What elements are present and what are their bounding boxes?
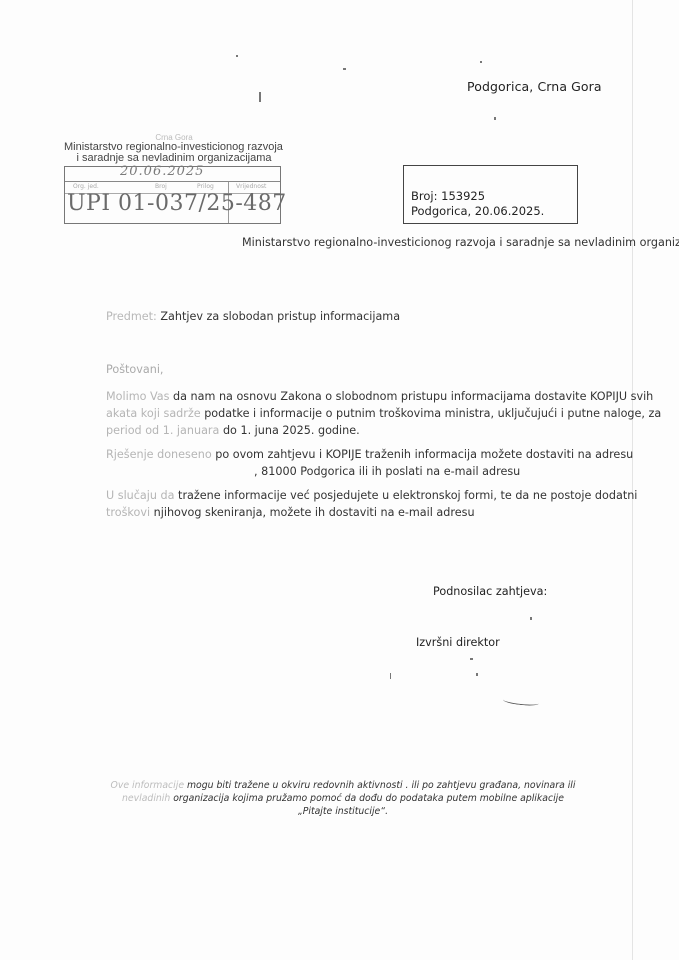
- stamp-col-label: Org. jed.: [73, 183, 99, 190]
- text-fragment: Rješenje doneseno: [106, 448, 212, 461]
- scan-edge-line: [632, 0, 633, 960]
- registry-stamp: Crna Gora Ministarstvo regionalno-invest…: [63, 133, 285, 164]
- text-fragment: nevladinih: [122, 793, 170, 804]
- text-fragment: Ove informacije: [111, 780, 185, 791]
- text-fragment: U slučaju da: [106, 489, 175, 502]
- scan-speck: [259, 92, 261, 102]
- stamp-col-label: Vrijednost: [236, 183, 266, 190]
- text-fragment: do 1. juna 2025. godine.: [219, 424, 359, 437]
- scan-speck: [470, 658, 473, 660]
- text-fragment: podatke i informacije o putnim troškovim…: [201, 407, 662, 420]
- text-fragment: akata koji sadrže: [106, 407, 201, 420]
- stamp-date-row: 20.06.2025: [65, 167, 280, 182]
- scan-speck: [476, 673, 478, 676]
- text-fragment: tražene informacije već posjedujete u el…: [175, 489, 638, 502]
- scan-speck: [494, 117, 496, 120]
- signature-stroke: [503, 696, 540, 707]
- recipient: Ministarstvo regionalno-investicionog ra…: [242, 236, 679, 249]
- text-fragment: da nam na osnovu Zakona o slobodnom pris…: [169, 390, 653, 403]
- subject-text: Zahtjev za slobodan pristup informacijam…: [160, 310, 400, 323]
- scan-speck: [236, 55, 238, 57]
- text-fragment: organizacija kojima pružamo pomoć da dođ…: [170, 793, 564, 804]
- text-fragment: period od 1. januara: [106, 424, 219, 437]
- text-fragment: „Pitajte institucije“.: [298, 806, 388, 817]
- subject-label: Predmet:: [106, 310, 157, 323]
- text-fragment: , 81000 Podgorica ili ih poslati na e-ma…: [254, 465, 520, 478]
- subject-line: Predmet: Zahtjev za slobodan pristup inf…: [106, 310, 400, 323]
- text-fragment: po ovom zahtjevu i KOPIJE traženih infor…: [212, 448, 634, 461]
- stamp-received-date: 20.06.2025: [120, 164, 204, 179]
- stamp-table: 20.06.2025 Org. jed. Broj Prilog Vrijedn…: [64, 166, 281, 224]
- greeting: Poštovani,: [106, 363, 163, 376]
- stamp-col-label: Broj: [155, 183, 167, 190]
- reference-place-date: Podgorica, 20.06.2025.: [411, 204, 544, 218]
- footer-note: Ove informacije mogu biti tražene u okvi…: [108, 779, 578, 818]
- scan-speck: [480, 61, 482, 63]
- paragraph-delivery: Rješenje doneseno po ovom zahtjevu i KOP…: [106, 446, 633, 480]
- stamp-col-label: Prilog: [197, 183, 214, 190]
- text-fragment: mogu biti tražene u okviru redovnih akti…: [184, 780, 575, 791]
- scan-speck: [530, 617, 532, 620]
- scanned-letter-page: Podgorica, Crna Gora Crna Gora Ministars…: [0, 0, 679, 960]
- scan-speck: [390, 673, 391, 679]
- scan-speck: [343, 68, 346, 70]
- stamp-case-number: UPI 01-037/25-487: [67, 191, 287, 216]
- paragraph-request: Molimo Vas da nam na osnovu Zakona o slo…: [106, 388, 661, 439]
- text-fragment: njihovog skeniranja, možete ih dostaviti…: [150, 506, 474, 519]
- text-fragment: troškovi: [106, 506, 150, 519]
- stamp-org-line2: i saradnje sa nevladinim organizacijama: [63, 153, 285, 164]
- reference-box: Broj: 153925 Podgorica, 20.06.2025.: [403, 165, 578, 224]
- header-location: Podgorica, Crna Gora: [467, 79, 602, 94]
- text-fragment: Molimo Vas: [106, 390, 169, 403]
- applicant-title: Izvršni direktor: [416, 636, 500, 649]
- reference-number: Broj: 153925: [411, 189, 485, 203]
- paragraph-electronic: U slučaju da tražene informacije već pos…: [106, 487, 637, 521]
- applicant-label: Podnosilac zahtjeva:: [433, 585, 547, 598]
